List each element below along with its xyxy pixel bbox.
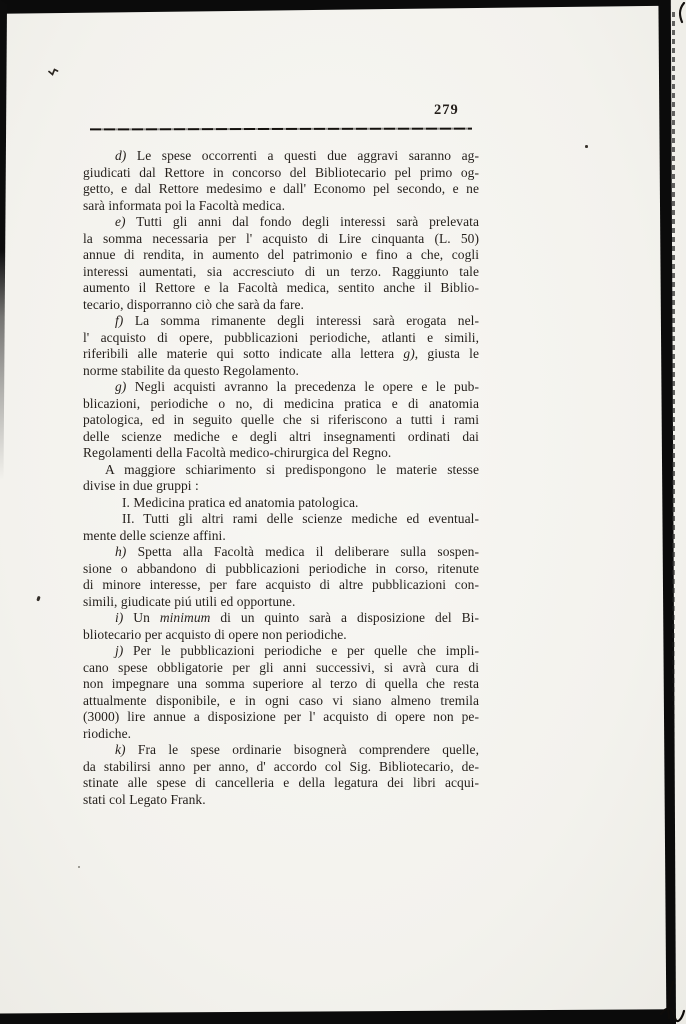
text-segment: bliotecario per acquisto di opere non pe…: [83, 627, 347, 642]
text-line: tecario, disporranno ciò che sarà da far…: [83, 297, 479, 314]
text-segment: giudicati dal Rettore in concorso del Bi…: [83, 165, 479, 180]
text-segment: stinate alle spese di cancelleria e dell…: [83, 775, 479, 790]
scanned-book-page: 279 d) Le spese occorrenti a questi due …: [0, 0, 686, 1024]
text-line: k) Fra le spese ordinarie bisognerà comp…: [83, 742, 479, 759]
text-segment: patologica, ed in seguito quelle che si …: [83, 412, 479, 427]
text-segment: Le spese occorrenti a questi due aggravi…: [126, 148, 479, 163]
text-line: sarà informata poi la Facoltà medica.: [83, 198, 479, 215]
text-segment: non impegnare una somma superiore al ter…: [83, 676, 479, 691]
text-block: d) Le spese occorrenti a questi due aggr…: [83, 148, 479, 808]
text-line: II. Tutti gli altri rami delle scienze m…: [83, 511, 479, 528]
text-line: g) Negli acquisti avranno la precedenza …: [83, 379, 479, 396]
text-segment: di minore interesse, per fare acquisto d…: [83, 577, 479, 592]
text-segment: divise in due gruppi :: [83, 478, 199, 493]
text-segment: stati col Legato Frank.: [83, 792, 206, 807]
text-line: mente delle scienze affini.: [83, 528, 479, 545]
text-segment: blicazioni, periodiche o no, di medicina…: [83, 396, 479, 411]
text-line: attualmente disponibile, e in ogni caso …: [83, 693, 479, 710]
text-line: stinate alle spese di cancelleria e dell…: [83, 775, 479, 792]
text-segment: mente delle scienze affini.: [83, 528, 226, 543]
text-line: I. Medicina pratica ed anatomia patologi…: [83, 495, 479, 512]
text-segment: A maggiore schiarimento si predispongono…: [105, 462, 479, 477]
text-segment: aumento il Rettore e la Facoltà medica, …: [83, 280, 479, 295]
text-segment: tecario, disporranno ciò che sarà da far…: [83, 297, 304, 312]
text-segment: Fra le spese ordinarie bisognerà compren…: [126, 742, 479, 757]
text-segment: Regolamenti della Facoltà medico-chirurg…: [83, 445, 391, 460]
text-line: giudicati dal Rettore in concorso del Bi…: [83, 165, 479, 182]
text-segment: riferibili alle materie qui sotto indica…: [83, 346, 403, 361]
text-line: A maggiore schiarimento si predispongono…: [83, 462, 479, 479]
text-line: aumento il Rettore e la Facoltà medica, …: [83, 280, 479, 297]
text-line: sione o abbandono di pubblicazioni perio…: [83, 561, 479, 578]
scan-edge-left: [0, 0, 7, 480]
text-line: divise in due gruppi :: [83, 478, 479, 495]
text-segment: simili, giudicate piú utili ed opportune…: [83, 594, 295, 609]
text-segment: cano spese obbligatorie per gli anni suc…: [83, 660, 479, 675]
text-segment: norme stabilite da questo Regolamento.: [83, 363, 299, 378]
text-segment: k): [115, 742, 126, 757]
dust-speck: [585, 145, 588, 148]
text-segment: sione o abbandono di pubblicazioni perio…: [83, 561, 479, 576]
text-line: Regolamenti della Facoltà medico-chirurg…: [83, 445, 479, 462]
text-segment: Spetta alla Facoltà medica il deliberare…: [126, 544, 479, 559]
text-segment: sarà informata poi la Facoltà medica.: [83, 198, 285, 213]
text-line: non impegnare una somma superiore al ter…: [83, 676, 479, 693]
text-segment: attualmente disponibile, e in ogni caso …: [83, 693, 479, 708]
text-segment: d): [115, 148, 126, 163]
text-line: blicazioni, periodiche o no, di medicina…: [83, 396, 479, 413]
text-segment: la somma necessaria per l' acquisto di L…: [83, 231, 479, 246]
text-segment: I. Medicina pratica ed anatomia patologi…: [122, 495, 358, 510]
scribble-pen-mark: [658, 978, 686, 1024]
text-line: (3000) lire annue a disposizione per l' …: [83, 709, 479, 726]
text-segment: Un: [123, 610, 159, 625]
text-line: j) Per le pubblicazioni periodiche e per…: [83, 643, 479, 660]
text-segment: Negli acquisti avranno la precedenza le …: [126, 379, 479, 394]
text-segment: Per le pubblicazioni periodiche e per qu…: [123, 643, 479, 658]
header-rule: [90, 128, 472, 131]
text-line: i) Un minimum di un quinto sarà a dispos…: [83, 610, 479, 627]
text-line: patologica, ed in seguito quelle che si …: [83, 412, 479, 429]
text-line: da stabilirsi anno per anno, d' accordo …: [83, 759, 479, 776]
page-number: 279: [434, 102, 459, 119]
text-segment: Tutti gli anni dal fondo degli interessi…: [126, 214, 479, 229]
text-segment: getto, e dal Rettore medesimo e dall' Ec…: [83, 181, 479, 196]
text-segment: (3000) lire annue a disposizione per l' …: [83, 709, 479, 724]
text-line: cano spese obbligatorie per gli anni suc…: [83, 660, 479, 677]
text-segment: annue di rendita, in aumento del patrimo…: [83, 247, 479, 262]
text-line: l' acquisto di opere, pubblicazioni peri…: [83, 330, 479, 347]
comma-pen-mark: [674, 2, 686, 24]
text-line: bliotecario per acquisto di opere non pe…: [83, 627, 479, 644]
text-line: delle scienze mediche e degli altri inse…: [83, 429, 479, 446]
text-segment: delle scienze mediche e degli altri inse…: [83, 429, 479, 444]
dust-speck: [78, 866, 80, 868]
text-line: riferibili alle materie qui sotto indica…: [83, 346, 479, 363]
text-line: e) Tutti gli anni dal fondo degli intere…: [83, 214, 479, 231]
text-line: simili, giudicate piú utili ed opportune…: [83, 594, 479, 611]
text-segment: interessi aumentati, sia accresciuto di …: [83, 264, 479, 279]
text-segment: II. Tutti gli altri rami delle scienze m…: [122, 511, 479, 526]
scan-edge-bottom: [0, 1008, 672, 1024]
text-segment: , giusta le: [415, 346, 479, 361]
scan-edge-right-texture: [672, 12, 675, 752]
text-line: interessi aumentati, sia accresciuto di …: [83, 264, 479, 281]
tick-pen-mark: [36, 596, 40, 602]
text-segment: di un quinto sarà a disposizione del Bi-: [210, 610, 479, 625]
text-line: di minore interesse, per fare acquisto d…: [83, 577, 479, 594]
check-pen-mark: [48, 67, 59, 76]
text-line: f) La somma rimanente degli interessi sa…: [83, 313, 479, 330]
text-line: la somma necessaria per l' acquisto di L…: [83, 231, 479, 248]
text-line: stati col Legato Frank.: [83, 792, 479, 809]
text-line: riodiche.: [83, 726, 479, 743]
text-segment: e): [115, 214, 126, 229]
text-segment: h): [115, 544, 126, 559]
text-segment: l' acquisto di opere, pubblicazioni peri…: [83, 330, 479, 345]
text-segment: La somma rimanente degli interessi sarà …: [123, 313, 479, 328]
text-line: getto, e dal Rettore medesimo e dall' Ec…: [83, 181, 479, 198]
text-line: annue di rendita, in aumento del patrimo…: [83, 247, 479, 264]
text-segment: g): [403, 346, 414, 361]
text-line: h) Spetta alla Facoltà medica il deliber…: [83, 544, 479, 561]
text-segment: minimum: [160, 610, 211, 625]
text-segment: da stabilirsi anno per anno, d' accordo …: [83, 759, 479, 774]
scan-edge-top: [0, 0, 668, 15]
text-line: norme stabilite da questo Regolamento.: [83, 363, 479, 380]
text-segment: riodiche.: [83, 726, 131, 741]
text-segment: g): [115, 379, 126, 394]
text-line: d) Le spese occorrenti a questi due aggr…: [83, 148, 479, 165]
